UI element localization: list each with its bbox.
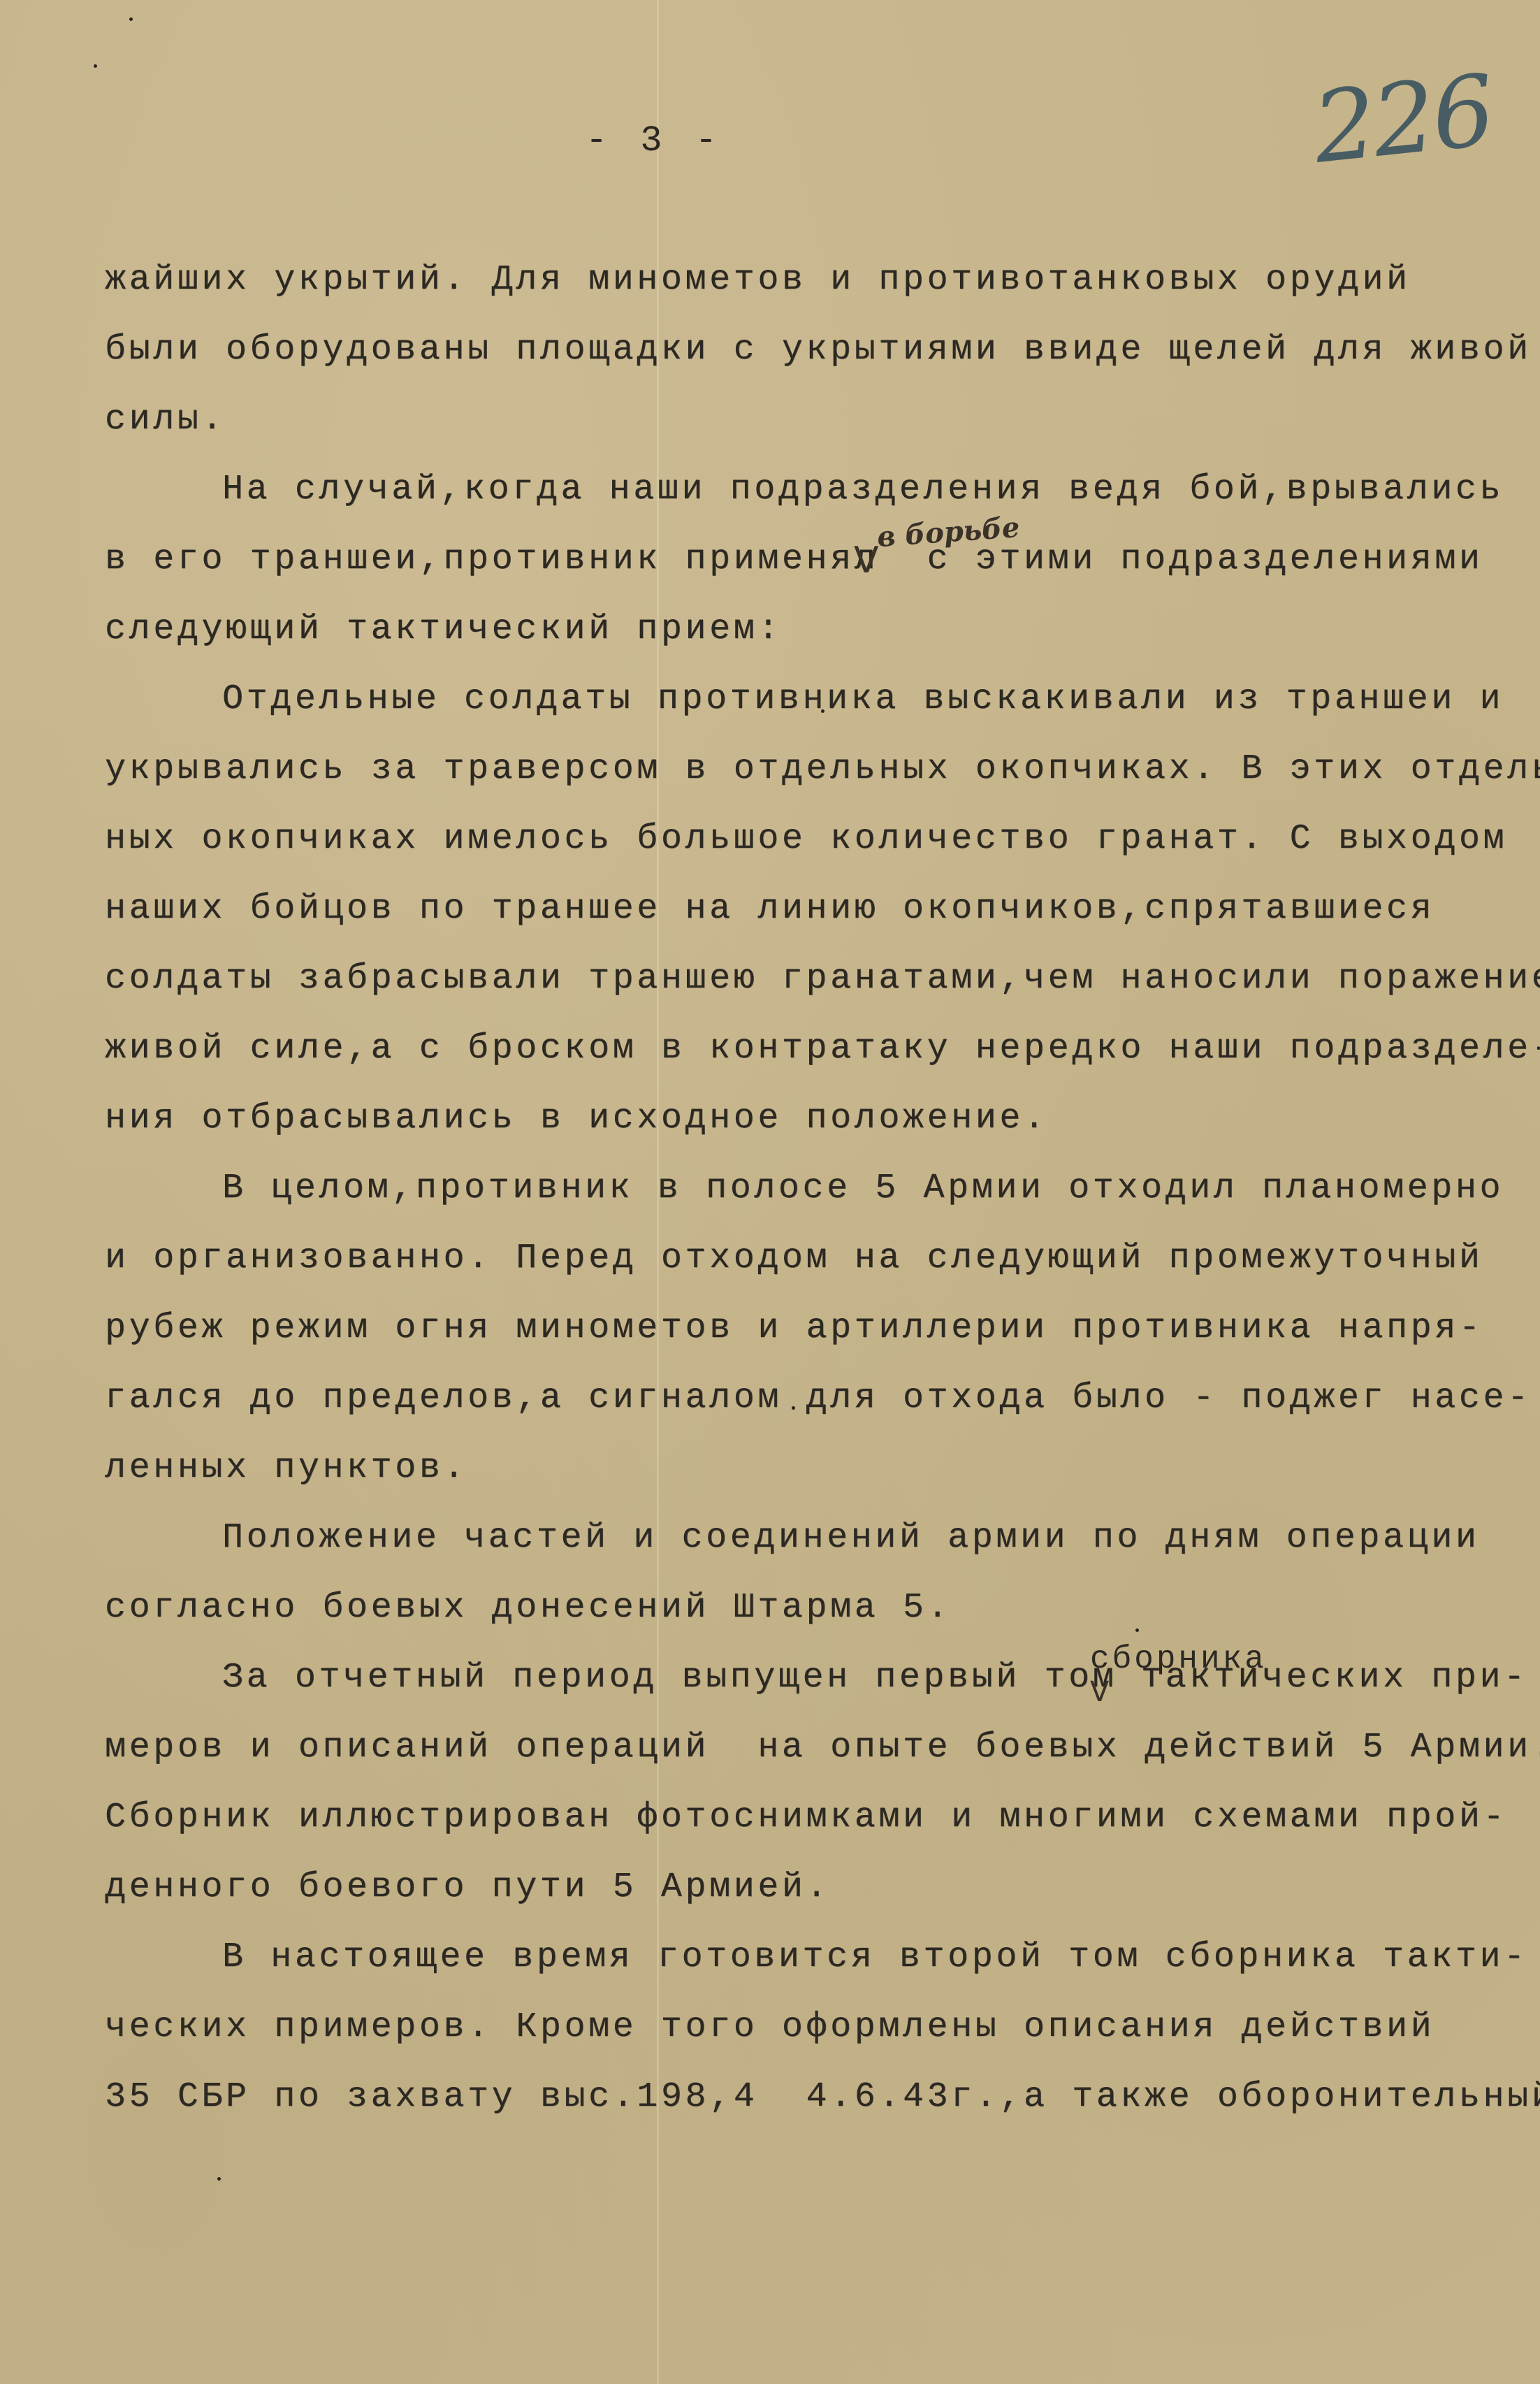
- text-line: меров и описаний операций на опыте боевы…: [105, 1728, 1540, 1768]
- text-line: солдаты забрасывали траншею гранатами,че…: [105, 959, 1540, 999]
- text-line: укрывались за траверсом в отдельных окоп…: [105, 749, 1540, 789]
- text-line: рубеж режим огня минометов и артиллерии …: [105, 1308, 1483, 1348]
- page-number: - 3 -: [586, 120, 722, 161]
- text-line: жайших укрытий. Для минометов и противот…: [105, 260, 1411, 300]
- text-line: Сборник иллюстрирован фотоснимками и мно…: [105, 1798, 1507, 1837]
- text-line: согласно боевых донесений Штарма 5.: [105, 1588, 951, 1628]
- text-line: ческих примеров. Кроме того оформлены оп…: [105, 2007, 1434, 2047]
- paper-speck: [792, 1406, 795, 1410]
- text-line: За отчетный период выпущен первый том та…: [222, 1658, 1528, 1698]
- text-line: наших бойцов по траншее на линию окопчик…: [105, 889, 1434, 929]
- paper-speck: [821, 709, 825, 713]
- paper-speck: [1135, 1628, 1139, 1632]
- paper-speck: [129, 17, 133, 21]
- handwritten-folio-number: 226: [1308, 54, 1497, 186]
- text-line: 35 СБР по захвату выс.198,4 4.6.43г.,а т…: [105, 2077, 1540, 2117]
- typed-insertion: сборника: [1090, 1641, 1267, 1677]
- text-line: ния отбрасывались в исходное положение.: [105, 1099, 1048, 1139]
- text-line: в его траншеи,противник применял с этими…: [105, 540, 1483, 579]
- text-line: Положение частей и соединений армии по д…: [222, 1518, 1479, 1558]
- text-line: следующий тактический прием:: [105, 609, 782, 649]
- paper-speck: [94, 64, 97, 68]
- document-page: - 3 - 226 жайших укрытий. Для минометов …: [0, 0, 1540, 2384]
- text-line: силы.: [105, 400, 226, 440]
- text-line: ленных пунктов.: [105, 1448, 467, 1488]
- text-line: В целом,противник в полосе 5 Армии отход…: [222, 1169, 1504, 1208]
- text-line: Отдельные солдаты противника выскакивали…: [222, 679, 1504, 719]
- paper-speck: [217, 2177, 221, 2181]
- insertion-caret-mark: V: [854, 540, 879, 581]
- text-line: и организованно. Перед отходом на следую…: [105, 1238, 1483, 1278]
- text-line: были оборудованы площадки с укрытиями вв…: [105, 330, 1532, 370]
- text-line: ных окопчиках имелось большое количество…: [105, 819, 1507, 859]
- text-line: денного боевого пути 5 Армией.: [105, 1868, 830, 1907]
- text-line: гался до пределов,а сигналом для отхода …: [105, 1378, 1532, 1418]
- text-line: живой силе,а с броском в контратаку нере…: [105, 1029, 1540, 1069]
- text-line: На случай,когда наши подразделения ведя …: [222, 470, 1504, 510]
- text-line: В настоящее время готовится второй том с…: [222, 1937, 1528, 1977]
- insertion-caret-mark-2: V: [1090, 1676, 1109, 1708]
